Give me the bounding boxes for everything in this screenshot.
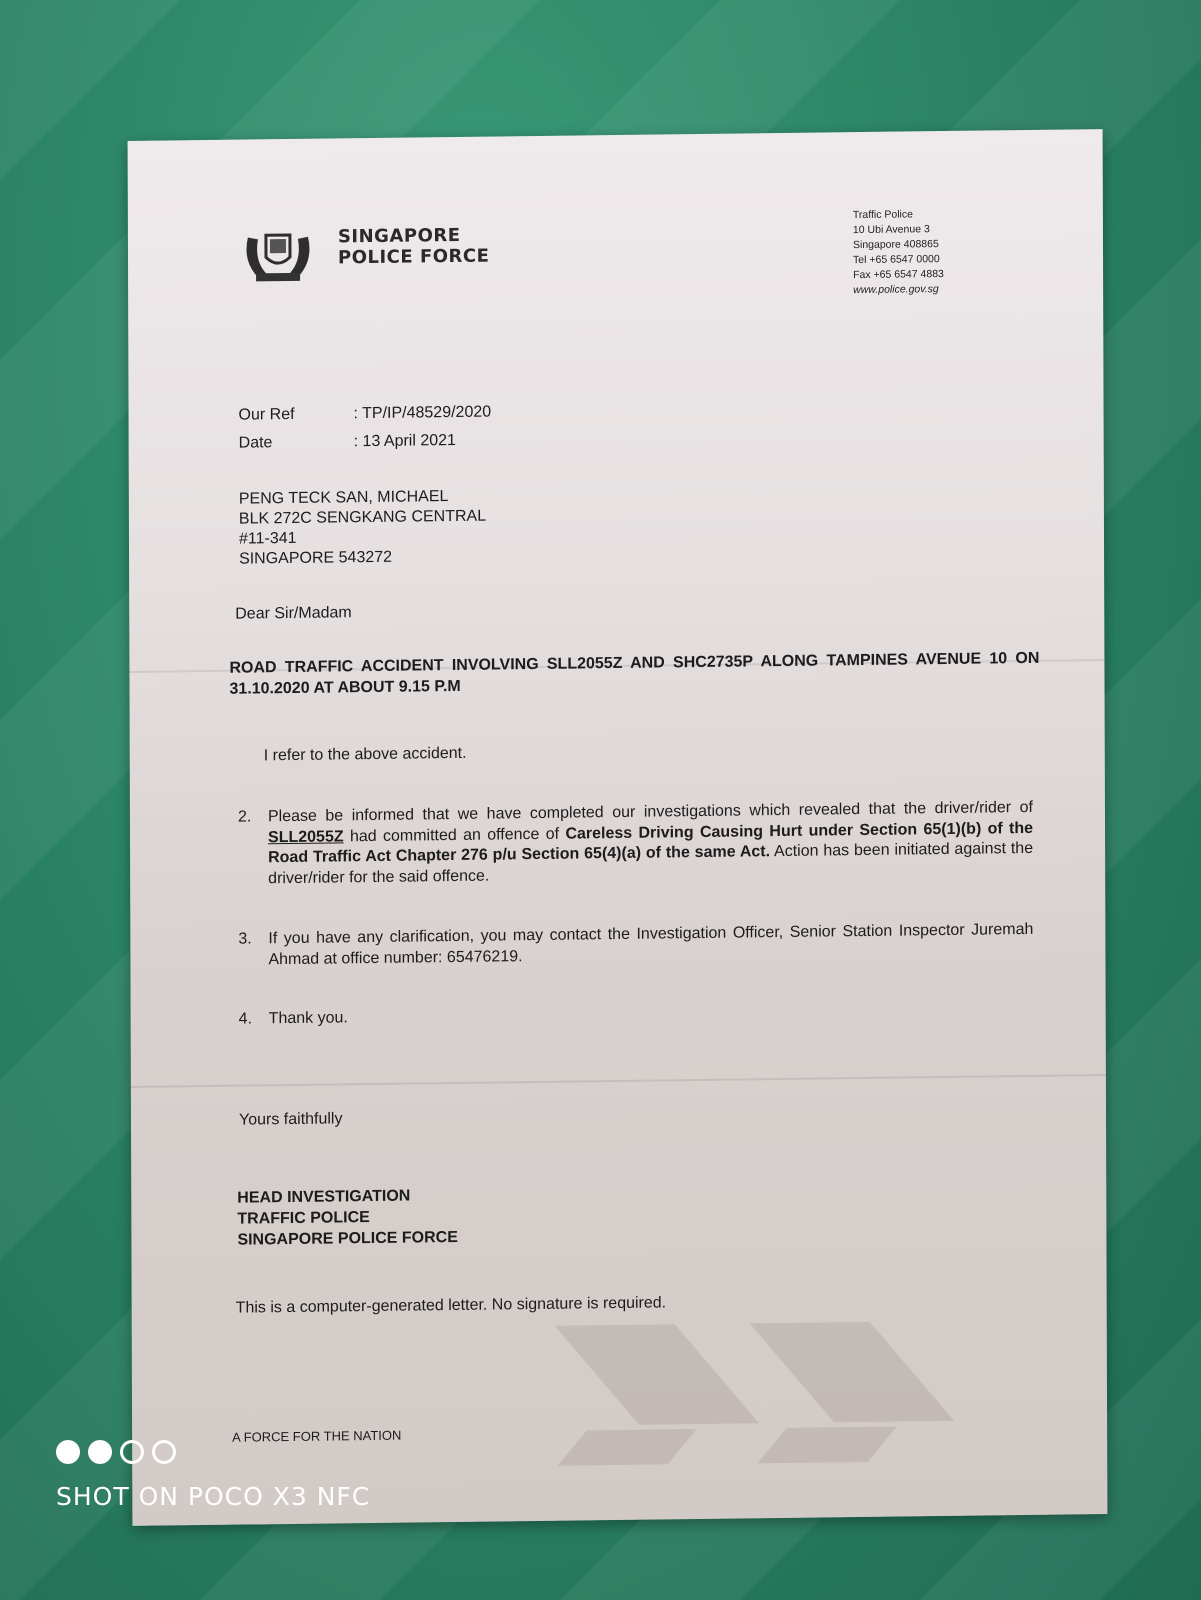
org-line-1: SINGAPORE: [338, 225, 489, 248]
paragraph-1: I refer to the above accident.: [264, 745, 467, 765]
closing: Yours faithfully: [239, 1110, 343, 1129]
signatory-line: TRAFFIC POLICE: [237, 1206, 458, 1230]
dot-icon: [120, 1440, 144, 1464]
paragraph-text: Thank you.: [269, 1000, 1034, 1030]
dot-icon: [152, 1440, 176, 1464]
recipient-address: PENG TECK SAN, MICHAEL BLK 272C SENGKANG…: [239, 487, 486, 570]
letter-page: SINGAPORE POLICE FORCE Traffic Police 10…: [128, 129, 1108, 1526]
address-line: Traffic Police: [853, 207, 944, 223]
dot-icon: [88, 1440, 112, 1464]
camera-mode-dots: [56, 1440, 176, 1464]
signatory-line: HEAD INVESTIGATION: [237, 1185, 458, 1209]
address-line: 10 Ubi Avenue 3: [853, 222, 944, 238]
fax-number: Fax +65 6547 4883: [853, 267, 944, 283]
sender-address: Traffic Police 10 Ubi Avenue 3 Singapore…: [853, 207, 944, 298]
organization-name: SINGAPORE POLICE FORCE: [338, 225, 490, 269]
paragraph-number: 3.: [238, 929, 251, 950]
org-line-2: POLICE FORCE: [338, 246, 489, 269]
signatory-line: SINGAPORE POLICE FORCE: [237, 1227, 458, 1251]
police-crest-icon: [238, 217, 318, 288]
paragraph-text: If you have any clarification, you may c…: [268, 920, 1033, 970]
recipient-line: SINGAPORE 543272: [239, 547, 486, 570]
paragraph-text: had committed an offence of: [344, 825, 566, 845]
signatory-block: HEAD INVESTIGATION TRAFFIC POLICE SINGAP…: [237, 1185, 458, 1251]
motto: A FORCE FOR THE NATION: [232, 1428, 401, 1445]
website: www.police.gov.sg: [853, 282, 944, 298]
date-label: Date: [239, 428, 354, 457]
paragraph-2: 2. Please be informed that we have compl…: [238, 798, 1033, 890]
paragraph-number: 4.: [239, 1009, 252, 1030]
vehicle-number: SLL2055Z: [268, 828, 344, 846]
computer-generated-note: This is a computer-generated letter. No …: [236, 1294, 666, 1317]
recipient-line: BLK 272C SENGKANG CENTRAL: [239, 507, 486, 530]
phone-number: Tel +65 6547 0000: [853, 252, 944, 268]
camera-watermark: SHOT ON POCO X3 NFC: [56, 1482, 370, 1511]
dot-icon: [56, 1440, 80, 1464]
paragraph-3: 3. If you have any clarification, you ma…: [238, 920, 1033, 971]
reference-block: Our Ref: TP/IP/48529/2020 Date: 13 April…: [238, 399, 491, 458]
paper-fold-line: [131, 1074, 1106, 1088]
paragraph-4: 4. Thank you.: [239, 1000, 1034, 1030]
our-ref-label: Our Ref: [238, 400, 353, 429]
subject-heading: ROAD TRAFFIC ACCIDENT INVOLVING SLL2055Z…: [229, 648, 1039, 700]
address-line: Singapore 408865: [853, 237, 944, 253]
our-ref-value: : TP/IP/48529/2020: [354, 404, 492, 423]
date-value: : 13 April 2021: [354, 432, 456, 450]
paragraph-number: 2.: [238, 807, 251, 828]
salutation: Dear Sir/Madam: [235, 604, 352, 623]
chevron-watermark-icon: [128, 129, 1103, 141]
